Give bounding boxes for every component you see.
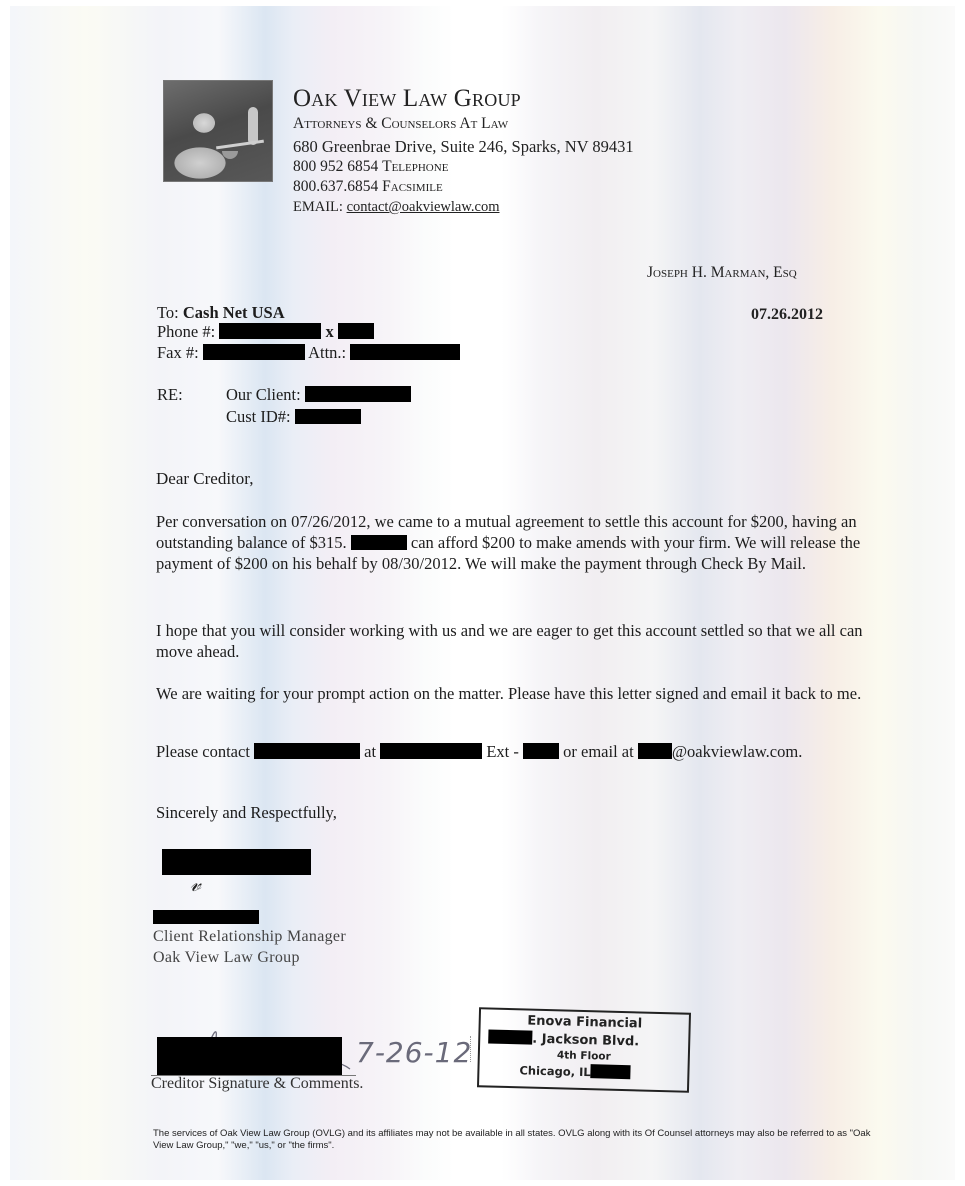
firm-subtitle: Attorneys & Counselors At Law: [293, 115, 508, 133]
fax-label: Facsimile: [382, 178, 443, 195]
stamp-city: Chicago, IL: [519, 1062, 631, 1080]
fax-number: 800.637.6854: [293, 178, 378, 195]
handwritten-date: 7-26-12: [356, 1036, 472, 1069]
closing: Sincerely and Respectfully,: [156, 803, 337, 823]
telephone-number: 800 952 6854: [293, 158, 378, 175]
body-text: or email at: [559, 742, 638, 761]
stamp-mark: [470, 1036, 473, 1062]
email-domain: @oakviewlaw.com.: [672, 742, 803, 761]
body-text: at: [360, 742, 380, 761]
firm-name: Oak View Law Group: [293, 85, 521, 113]
redaction-box: [305, 386, 411, 402]
redaction-box: [338, 323, 374, 339]
contact-line: Please contact at Ext - or email at @oak…: [156, 742, 802, 762]
to-label: To:: [157, 303, 179, 322]
stamp-street-text: . Jackson Blvd.: [532, 1032, 639, 1050]
attn-label: Attn.:: [308, 343, 346, 362]
redaction-box: [591, 1064, 631, 1079]
signer-name-redaction: [153, 910, 259, 924]
body-text: Please contact: [156, 742, 254, 761]
phone-ext-label: x: [325, 322, 333, 341]
body-paragraph-3: We are waiting for your prompt action on…: [156, 683, 876, 704]
creditor-signature-label: Creditor Signature & Comments.: [151, 1075, 363, 1093]
phone-label: Phone #:: [157, 322, 215, 341]
address-stamp: Enova Financial . Jackson Blvd. 4th Floo…: [477, 1007, 691, 1093]
recipient-phone: Phone #: x: [157, 322, 374, 342]
redaction-box: [488, 1029, 532, 1044]
signer-title: Client Relationship Manager: [153, 928, 346, 946]
firm-email: EMAIL: contact@oakviewlaw.com: [293, 199, 500, 216]
to-name: Cash Net USA: [183, 303, 285, 322]
stamp-street: . Jackson Blvd.: [488, 1029, 639, 1049]
signer-firm: Oak View Law Group: [153, 949, 300, 967]
client-label: Our Client:: [226, 385, 301, 404]
redaction-box: [638, 743, 672, 759]
redaction-box: [350, 344, 460, 360]
signature-stroke: 𝓋: [190, 872, 201, 897]
creditor-signature-redaction: [157, 1037, 342, 1075]
lady-justice-scales-icon: [163, 80, 273, 182]
email-link[interactable]: contact@oakviewlaw.com: [347, 199, 500, 215]
firm-address: 680 Greenbrae Drive, Suite 246, Sparks, …: [293, 137, 634, 157]
re-cust-id: Cust ID#:: [226, 407, 361, 427]
recipient-fax: Fax #: Attn.:: [157, 343, 460, 363]
letter-date: 07.26.2012: [751, 306, 823, 324]
stamp-floor: 4th Floor: [480, 1047, 688, 1064]
redaction-box: [203, 344, 305, 360]
redaction-box: [523, 743, 559, 759]
signature-redaction: [162, 849, 311, 875]
fax-label: Fax #:: [157, 343, 199, 362]
redaction-box: [254, 743, 360, 759]
stamp-city-text: Chicago, IL: [519, 1063, 591, 1079]
salutation: Dear Creditor,: [156, 469, 254, 489]
letter-page: Oak View Law Group Attorneys & Counselor…: [10, 6, 955, 1180]
attorney-name: Joseph H. Marman, Esq: [647, 264, 797, 282]
firm-telephone: 800 952 6854 Telephone: [293, 158, 448, 176]
body-paragraph-1: Per conversation on 07/26/2012, we came …: [156, 511, 876, 574]
redaction-box: [380, 743, 482, 759]
redaction-box: [351, 535, 407, 550]
recipient-to: To: Cash Net USA: [157, 303, 285, 323]
re-label: RE:: [157, 385, 183, 405]
telephone-label: Telephone: [382, 158, 448, 175]
email-label: EMAIL:: [293, 199, 343, 215]
redaction-box: [219, 323, 321, 339]
redaction-box: [295, 409, 361, 424]
legal-footer: The services of Oak View Law Group (OVLG…: [153, 1128, 873, 1152]
firm-fax: 800.637.6854 Facsimile: [293, 178, 443, 196]
cust-id-label: Cust ID#:: [226, 407, 291, 426]
re-client: Our Client:: [226, 385, 411, 405]
body-text: Ext -: [482, 742, 523, 761]
body-paragraph-2: I hope that you will consider working wi…: [156, 620, 876, 662]
